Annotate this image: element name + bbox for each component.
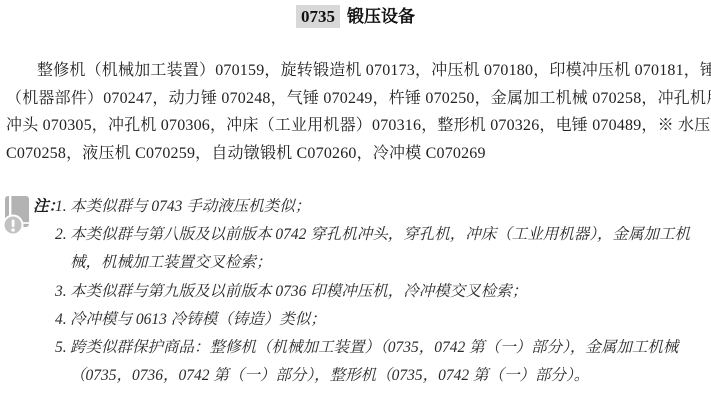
notes-section: 注： 1. 本类似群与 0743 手动液压机类似； 2. 本类似群与第八版及以前… xyxy=(6,193,705,390)
goods-line: C070258，液压机 C070259，自动镦锻机 C070260，冷冲模 C0… xyxy=(6,140,705,168)
note-item-line: 械，机械加工装置交叉检索； xyxy=(70,249,705,277)
goods-line: 整修机（机械加工装置）070159，旋转锻造机 070173，冲压机 07018… xyxy=(6,57,705,85)
note-item-line: （0735，0736，0742 第（一）部分），整形机（0735，0742 第（… xyxy=(70,362,705,390)
section-title: 0735锻压设备 xyxy=(6,5,705,28)
note-items: 1. 本类似群与 0743 手动液压机类似； 2. 本类似群与第八版及以前版本 … xyxy=(55,193,705,390)
document-page: 0735锻压设备 整修机（机械加工装置）070159，旋转锻造机 070173，… xyxy=(0,0,711,394)
note-item-line: 本类似群与第九版及以前版本 0736 印模冲压机，冷冲模交叉检索； xyxy=(70,278,705,306)
note-item: 1. 本类似群与 0743 手动液压机类似； xyxy=(55,193,705,221)
note-item-line: 本类似群与 0743 手动液压机类似； xyxy=(70,193,705,221)
goods-paragraph: 整修机（机械加工装置）070159，旋转锻造机 070173，冲压机 07018… xyxy=(6,57,705,167)
note-item-number: 5. xyxy=(55,334,67,362)
note-item-number: 4. xyxy=(55,306,67,334)
section-code: 0735 xyxy=(296,5,340,28)
note-item-number: 1. xyxy=(55,193,67,221)
note-item: 2. 本类似群与第八版及以前版本 0742 穿孔机冲头，穿孔机，冲床（工业用机器… xyxy=(55,221,705,277)
goods-line: （机器部件）070247，动力锤 070248，气锤 070249，杵锤 070… xyxy=(6,85,705,113)
note-item-number: 2. xyxy=(55,221,67,249)
note-item-line: 跨类似群保护商品：整修机（机械加工装置）（0735，0742 第（一）部分），金… xyxy=(70,334,705,362)
section-name: 锻压设备 xyxy=(347,5,415,28)
note-book-icon xyxy=(2,195,30,247)
note-item-number: 3. xyxy=(55,278,67,306)
goods-line: 冲头 070305，冲孔机 070306，冲床（工业用机器）070316，整形机… xyxy=(6,112,705,140)
note-label: 注： xyxy=(33,193,55,221)
note-item: 4. 冷冲模与 0613 冷铸模（铸造）类似； xyxy=(55,306,705,334)
note-item-line: 本类似群与第八版及以前版本 0742 穿孔机冲头，穿孔机，冲床（工业用机器），金… xyxy=(70,221,705,249)
note-item: 5. 跨类似群保护商品：整修机（机械加工装置）（0735，0742 第（一）部分… xyxy=(55,334,705,390)
note-item: 3. 本类似群与第九版及以前版本 0736 印模冲压机，冷冲模交叉检索； xyxy=(55,278,705,306)
note-item-line: 冷冲模与 0613 冷铸模（铸造）类似； xyxy=(70,306,705,334)
